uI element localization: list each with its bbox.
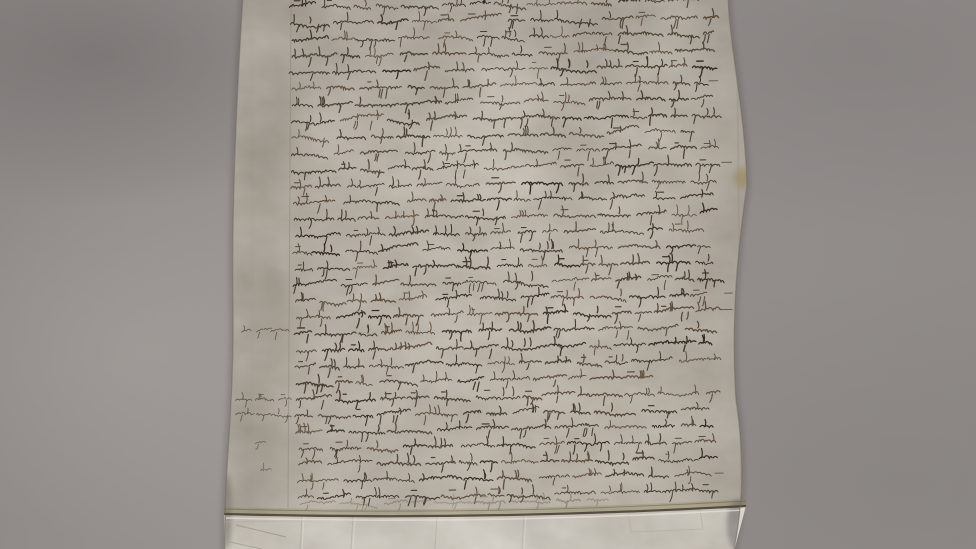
parchment-sheet	[0, 0, 976, 549]
manuscript-photo	[0, 0, 976, 549]
parchment-texture	[215, 0, 760, 549]
